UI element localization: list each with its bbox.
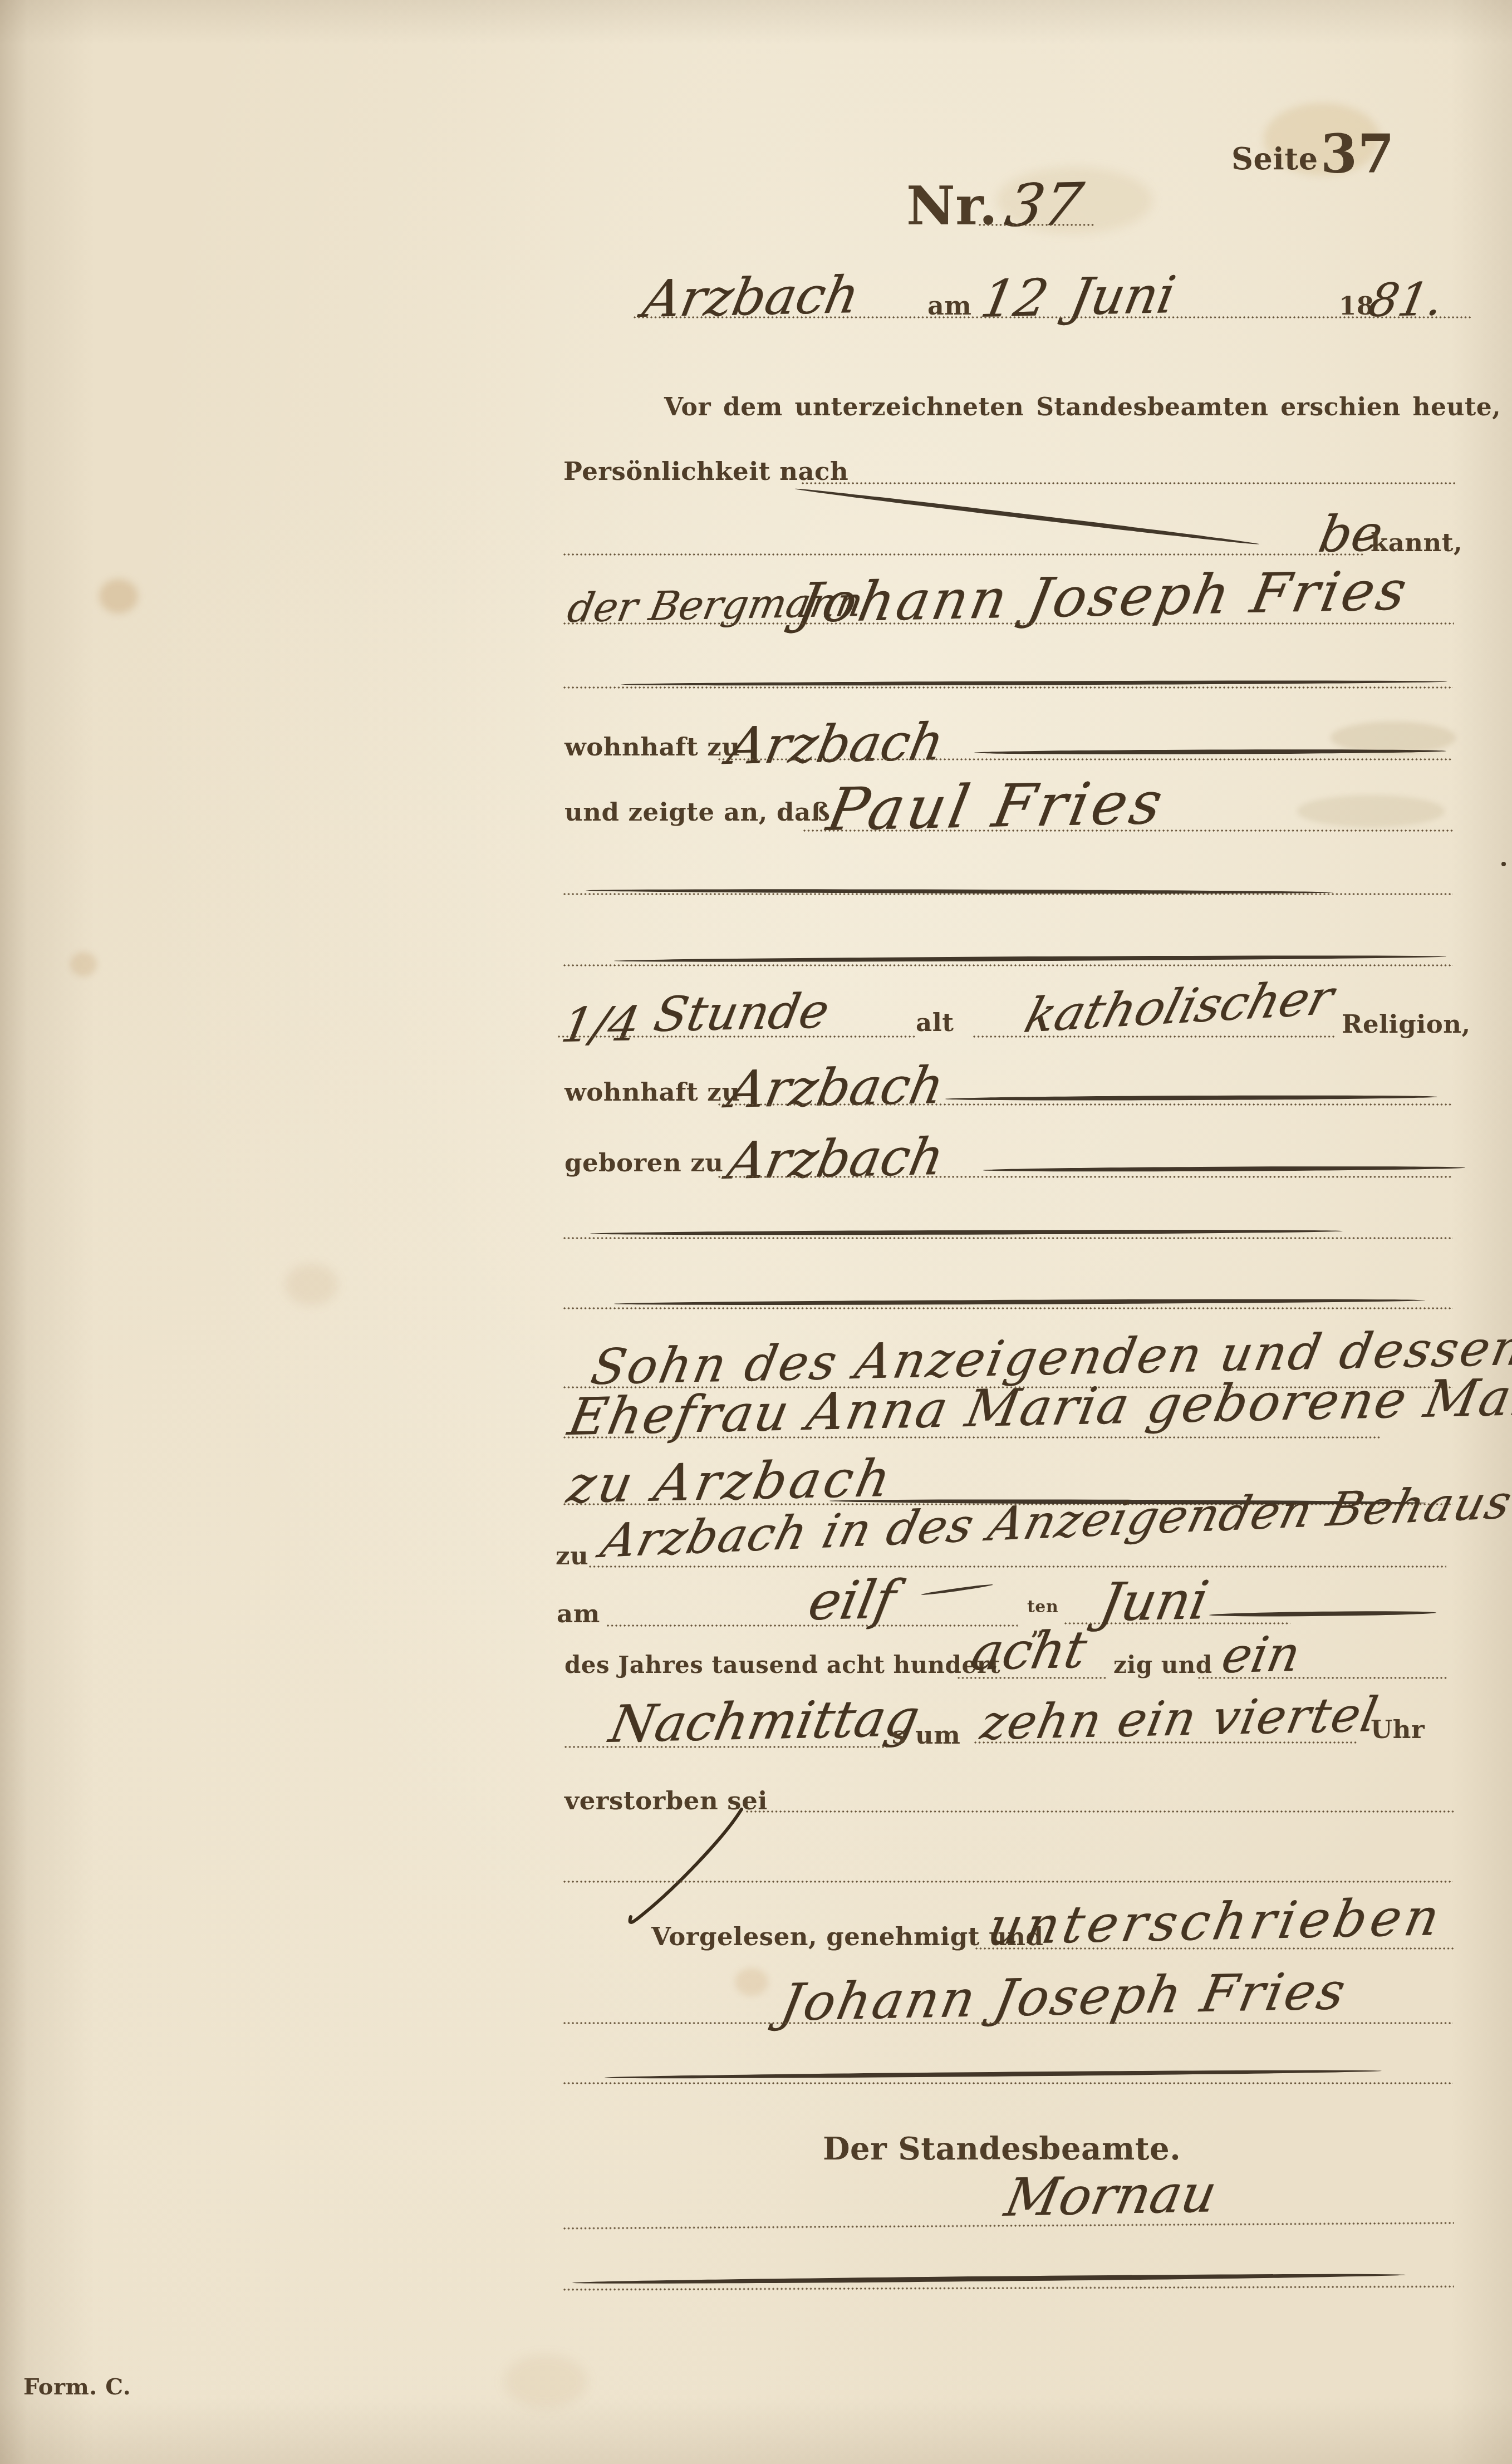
- dotted-rule: [563, 553, 1365, 556]
- bleed-through-smudge: [1331, 721, 1456, 754]
- dotted-rule: [564, 1746, 887, 1748]
- declarant-name: Johann Joseph Fries: [793, 563, 1413, 631]
- family-line-3: zu Arzbach: [563, 1453, 897, 1511]
- cancel-stroke: [572, 2272, 1406, 2285]
- death-daytime: Nachmittag: [606, 1692, 923, 1750]
- birthplace-value: Arzbach: [724, 1131, 948, 1187]
- cancel-stroke: [614, 954, 1446, 963]
- filler-stroke: [983, 1165, 1465, 1172]
- dotted-rule: [563, 1436, 1382, 1439]
- dotted-rule: [563, 686, 1453, 689]
- death-year-ones: ein: [1218, 1629, 1304, 1680]
- dotted-rule: [558, 1035, 917, 1038]
- known-printed: kannt,: [1371, 530, 1462, 555]
- declarant-residence-label: wohnhaft zu: [564, 734, 740, 759]
- bleed-through-smudge: [1297, 795, 1445, 827]
- record-number: 37: [1001, 175, 1087, 235]
- dotted-rule: [563, 1237, 1453, 1239]
- death-date-label: am: [557, 1601, 600, 1626]
- death-year-label: des Jahres tausend acht hundert: [564, 1653, 1000, 1677]
- birthplace-label: geboren zu: [564, 1150, 724, 1175]
- foxing-spot: [285, 1264, 338, 1305]
- dotted-rule: [802, 482, 1456, 484]
- dotted-rule: [563, 2285, 1454, 2291]
- religion-value: katholischer: [1020, 974, 1338, 1040]
- time-label: s um: [892, 1722, 960, 1748]
- dotted-rule: [974, 1741, 1357, 1744]
- dotted-rule: [563, 622, 1454, 625]
- deceased-residence: Arzbach: [724, 1060, 948, 1116]
- read-approved-label: Vorgelesen, genehmigt und: [651, 1924, 1044, 1949]
- dotted-rule: [563, 2082, 1453, 2084]
- registrar-title: Der Standesbeamte.: [823, 2133, 1181, 2164]
- age-value: 1/4: [558, 1000, 644, 1049]
- death-year-tens: acht: [968, 1624, 1091, 1678]
- death-register-page: Seite 37 Nr. 37 Arzbach am 12 Juni 18 81…: [0, 0, 1512, 2464]
- dotted-rule: [979, 224, 1096, 226]
- death-month: Juni: [1096, 1574, 1212, 1629]
- age-unit: Stunde: [650, 988, 833, 1039]
- ink-dot: [1501, 862, 1506, 866]
- dateline-am-label: am: [927, 293, 971, 318]
- age-label: alt: [916, 1010, 954, 1035]
- dotted-rule: [563, 1307, 1453, 1309]
- foxing-spot: [99, 579, 138, 613]
- registrar-signature: Mornau: [1001, 2168, 1221, 2225]
- intro-line: Vor dem unterzeichneten Standesbeamten e…: [664, 395, 1512, 420]
- dotted-rule: [563, 2022, 1453, 2024]
- pen-dash: [921, 1583, 993, 1596]
- cancel-stroke-diagonal: [795, 487, 1260, 546]
- dotted-rule: [718, 1176, 1453, 1178]
- declarant-signature: Johann Joseph Fries: [777, 1966, 1351, 2029]
- dotted-rule: [746, 1810, 1456, 1813]
- foxing-spot: [504, 2355, 587, 2408]
- signed-mode: unterschrieben: [984, 1892, 1447, 1952]
- dotted-rule: [563, 964, 1453, 966]
- report-label: und zeigte an, daß: [564, 799, 830, 824]
- foxing-spot: [735, 1968, 768, 1996]
- cancel-stroke: [621, 680, 1447, 686]
- cancel-stroke: [614, 1298, 1425, 1306]
- dateline-year-handwritten: 81.: [1365, 277, 1447, 324]
- identity-label: Persönlichkeit nach: [563, 459, 848, 484]
- foxing-spot: [70, 952, 97, 976]
- death-year-join-label: zig und: [1113, 1653, 1212, 1677]
- clock-label: Uhr: [1371, 1717, 1425, 1742]
- dotted-rule: [563, 1881, 1453, 1883]
- deceased-residence-label: wohnhaft zu: [564, 1079, 740, 1105]
- pen-dash: [1209, 1611, 1436, 1617]
- dotted-rule: [975, 1947, 1454, 1950]
- death-place-label: zu: [556, 1543, 588, 1568]
- page-number: 37: [1320, 128, 1395, 181]
- filler-stroke: [945, 1094, 1437, 1101]
- filler-stroke: [974, 749, 1446, 755]
- dotted-rule: [589, 1565, 1446, 1568]
- dotted-rule: [973, 1035, 1336, 1038]
- dotted-rule: [803, 829, 1453, 832]
- time-value: zehn ein viertel: [977, 1691, 1382, 1747]
- dotted-rule: [718, 758, 1453, 760]
- cancel-slash: [612, 1804, 757, 1937]
- form-designation: Form. C.: [23, 2376, 131, 2398]
- declarant-residence: Arzbach: [724, 716, 948, 772]
- dateline-month: Juni: [1066, 269, 1179, 323]
- death-day: eilf: [804, 1574, 900, 1628]
- dotted-rule: [718, 1103, 1453, 1106]
- cancel-stroke: [605, 2069, 1382, 2080]
- page-number-label: Seite: [1231, 144, 1318, 174]
- cancel-stroke: [590, 1229, 1343, 1236]
- religion-label: Religion,: [1342, 1012, 1471, 1037]
